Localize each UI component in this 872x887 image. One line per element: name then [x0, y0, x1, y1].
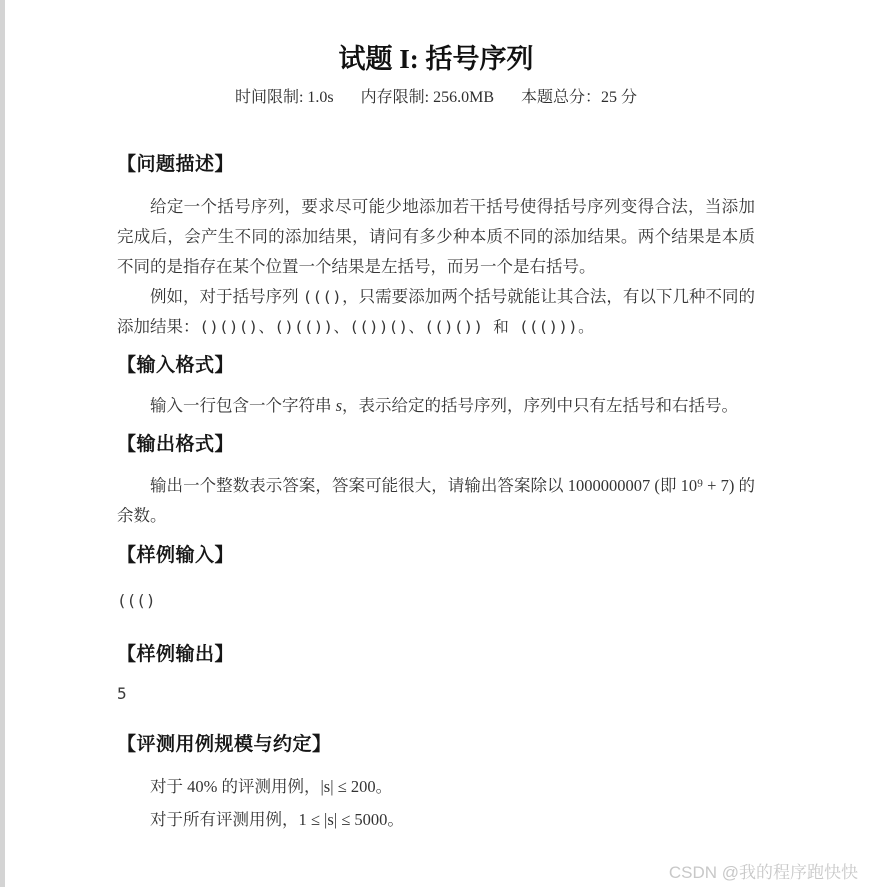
sample-output-value: 5 — [117, 679, 755, 709]
text-run: 对于所有评测用例， — [150, 810, 299, 829]
section-heading: 【样例输出】 — [117, 643, 755, 667]
paragraph: 给定一个括号序列，要求尽可能少地添加若干括号使得括号序列变得合法，当添加完成后，… — [117, 192, 755, 282]
text-run: ，表示给定的括号序列，序列中只有左括号和右括号。 — [342, 396, 738, 415]
total-score: 本题总分：25 分 — [521, 88, 637, 108]
section-heading: 【输出格式】 — [117, 433, 755, 457]
text-run: 输入一行包含一个字符串 — [150, 396, 336, 415]
constraint-line: 对于所有评测用例，1 ≤ |s| ≤ 5000。 — [117, 804, 755, 835]
limits-line: 时间限制: 1.0s 内存限制: 256.0MB 本题总分：25 分 — [117, 88, 755, 108]
document-page: 试题 I: 括号序列 时间限制: 1.0s 内存限制: 256.0MB 本题总分… — [0, 0, 872, 835]
section-heading: 【样例输入】 — [117, 544, 755, 568]
section-problem-description: 【问题描述】 给定一个括号序列，要求尽可能少地添加若干括号使得括号序列变得合法，… — [117, 153, 755, 342]
section-input-format: 【输入格式】 输入一行包含一个字符串 s，表示给定的括号序列，序列中只有左括号和… — [117, 354, 755, 421]
text-run: 。 — [387, 810, 404, 829]
text-run: 对于 40% 的评测用例， — [150, 777, 321, 796]
paragraph: 输出一个整数表示答案，答案可能很大，请输出答案除以 1000000007 (即 … — [117, 471, 755, 531]
csdn-watermark: CSDN @我的程序跑快快 — [669, 858, 858, 883]
section-constraints: 【评测用例规模与约定】 对于 40% 的评测用例，|s| ≤ 200。 对于所有… — [117, 733, 755, 835]
time-limit: 时间限制: 1.0s — [235, 88, 334, 108]
constraint-line: 对于 40% 的评测用例，|s| ≤ 200。 — [117, 771, 755, 802]
page-edge-strip — [0, 0, 5, 887]
section-heading: 【问题描述】 — [117, 153, 755, 177]
paragraph: 输入一行包含一个字符串 s，表示给定的括号序列，序列中只有左括号和右括号。 — [117, 391, 755, 421]
section-heading: 【评测用例规模与约定】 — [117, 733, 755, 757]
math-expression: 1 ≤ |s| ≤ 5000 — [299, 810, 388, 829]
section-heading: 【输入格式】 — [117, 354, 755, 378]
memory-limit: 内存限制: 256.0MB — [361, 88, 494, 108]
math-expression: |s| ≤ 200 — [321, 777, 376, 796]
text-run: 例如，对于括号序列 — [150, 287, 303, 306]
section-sample-output: 【样例输出】 5 — [117, 643, 755, 709]
section-sample-input: 【样例输入】 ((() — [117, 544, 755, 616]
section-output-format: 【输出格式】 输出一个整数表示答案，答案可能很大，请输出答案除以 1000000… — [117, 433, 755, 531]
text-run: 。 — [376, 777, 393, 796]
bracket-results: ()()()、()(())、(())()、(()()) 和 ((()))。 — [200, 318, 595, 336]
page-title: 试题 I: 括号序列 — [117, 42, 755, 76]
bracket-sequence: ((() — [303, 288, 342, 306]
paragraph: 例如，对于括号序列 ((()，只需要添加两个括号就能让其合法，有以下几种不同的添… — [117, 282, 755, 342]
sample-input-value: ((() — [117, 586, 755, 616]
